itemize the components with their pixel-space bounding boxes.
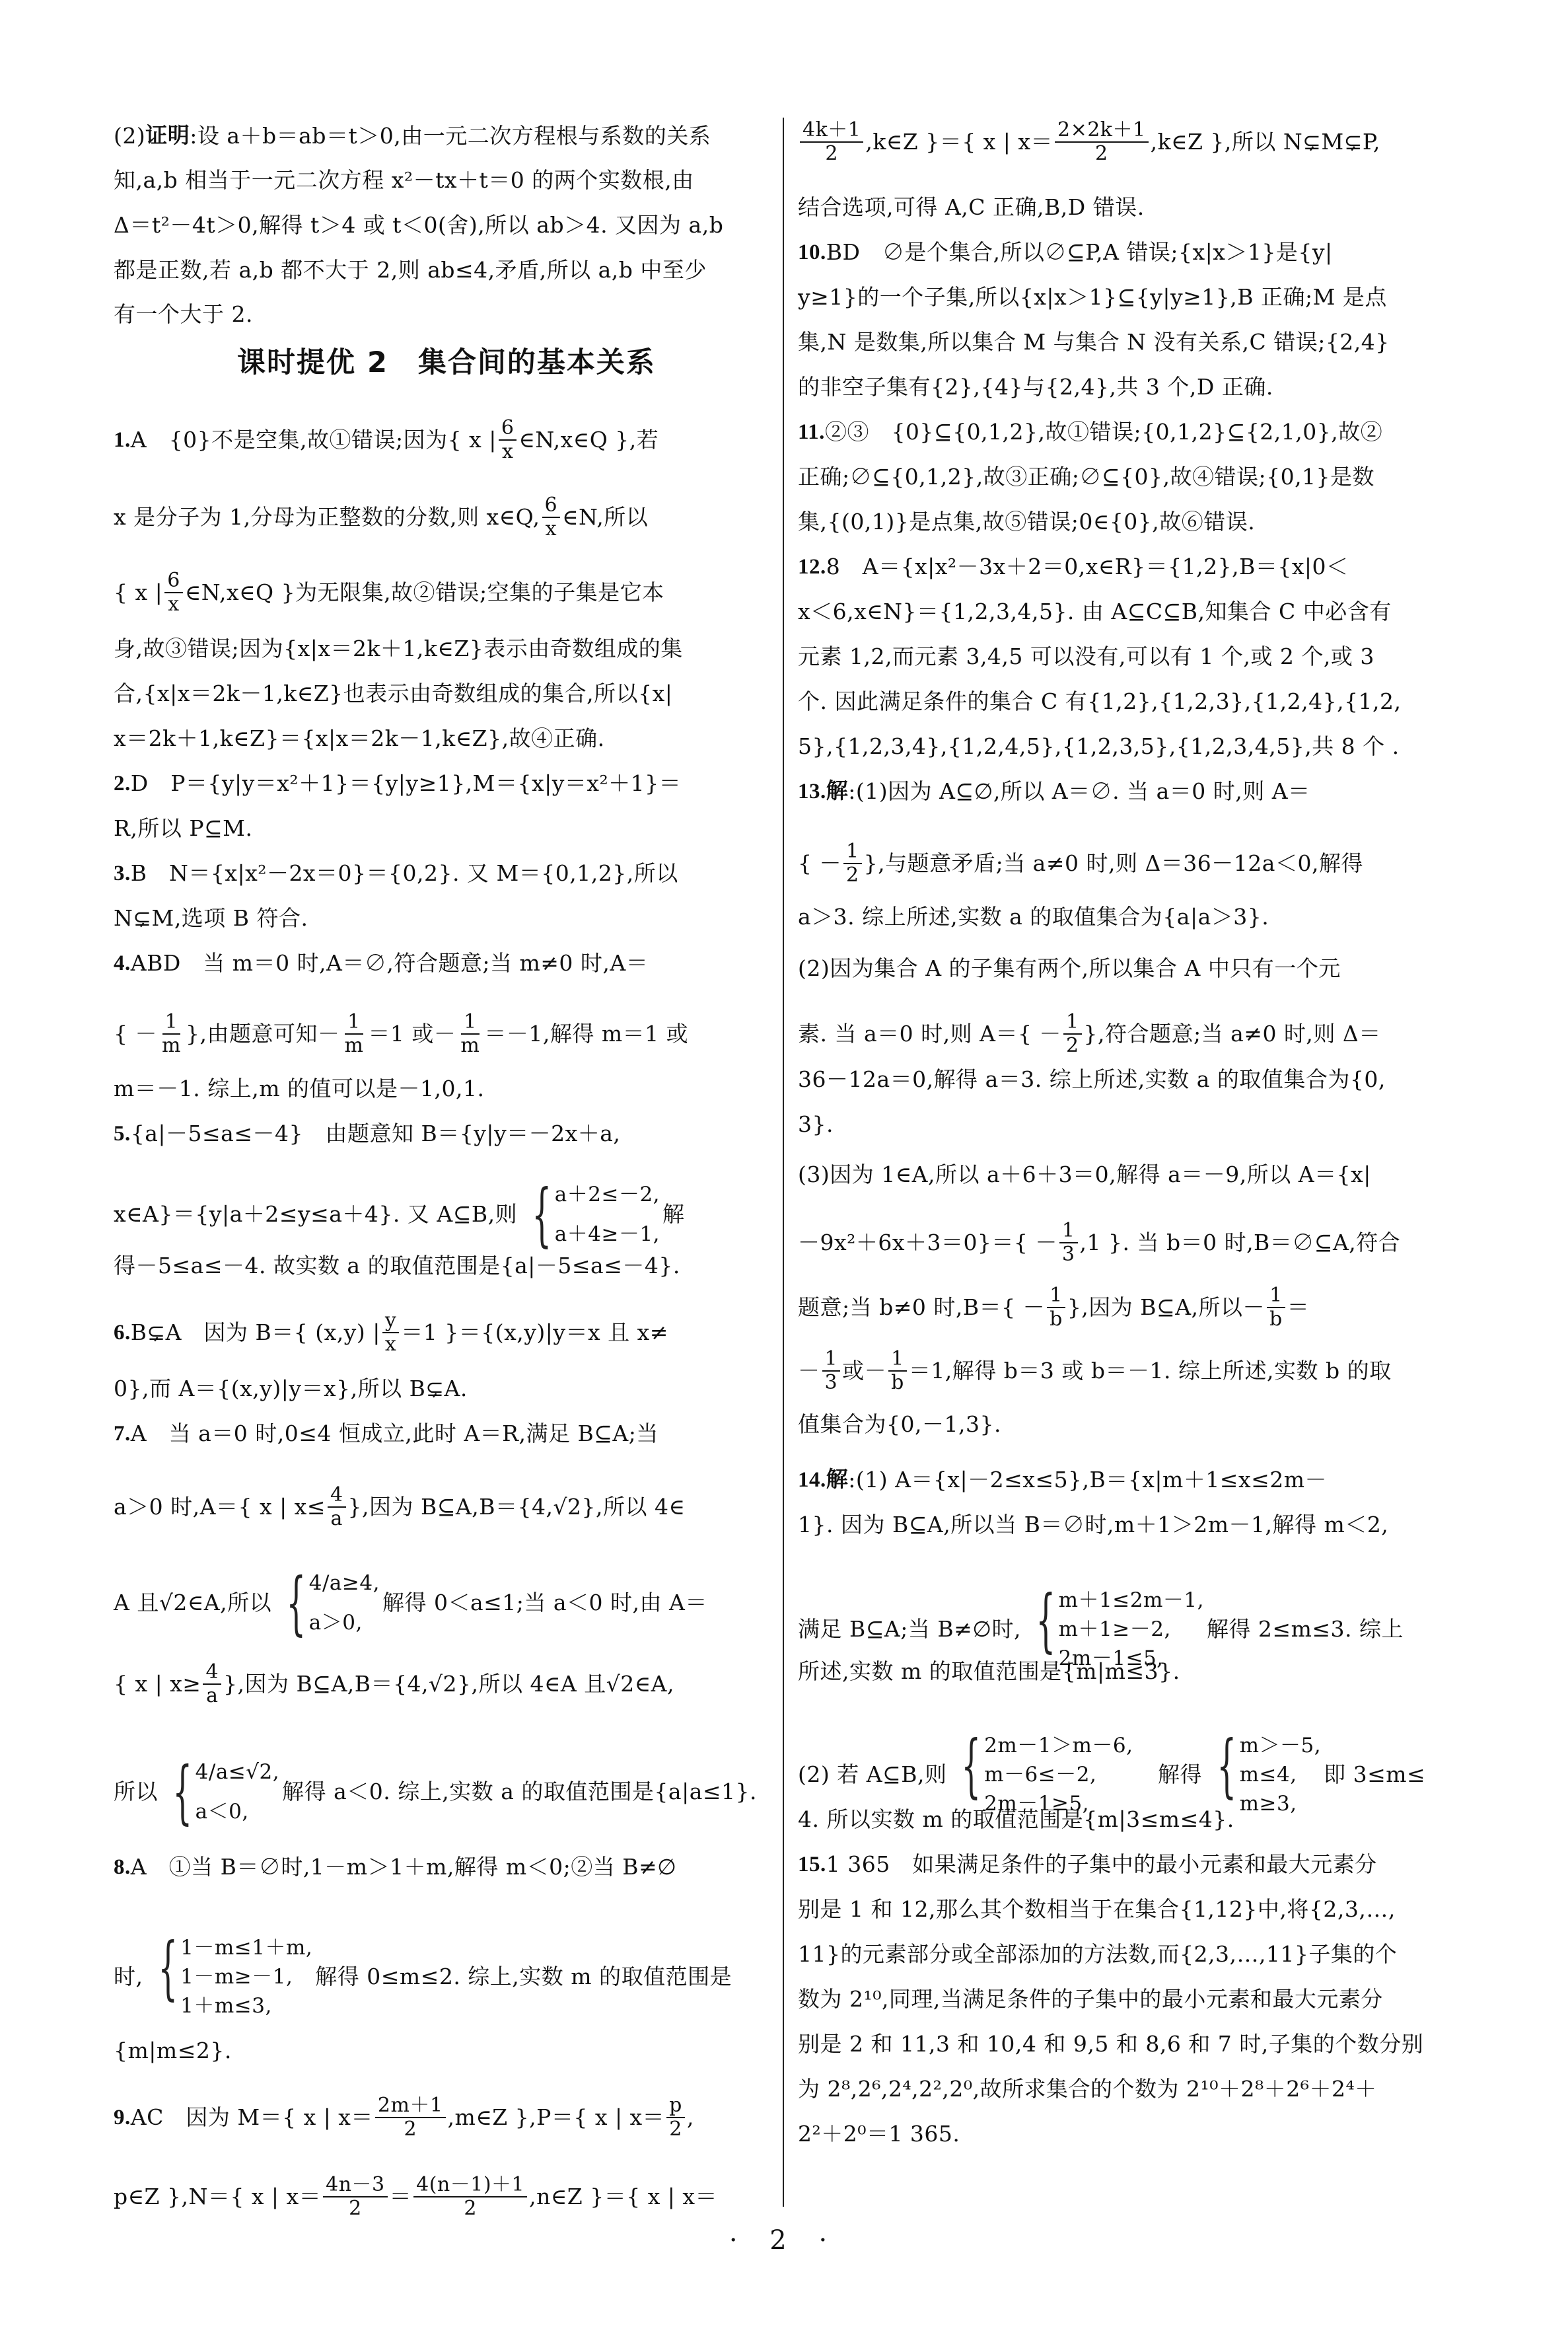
text-run: ②③ {0}⊆{0,1,2},故①错误;{0,1,2}⊆{2,1,0},故② — [825, 419, 1382, 445]
text-run: (2)因为集合 A 的子集有两个,所以集合 A 中只有一个元 — [798, 955, 1341, 982]
text-line: x∈A}＝{y|a＋2≤y≤a＋4}. 又 A⊆B,则{a＋2≤－2,a＋4≥－… — [114, 1180, 779, 1249]
text-run: p∈Z },N＝{ x | x＝ — [114, 2184, 321, 2210]
fraction: 1b — [1047, 1284, 1065, 1331]
text-run: :(1)因为 A⊆∅,所以 A＝∅. 当 a＝0 时,则 A＝ — [848, 778, 1310, 805]
text-line: 素. 当 a＝0 时,则 A＝{ －12 },符合题意;当 a≠0 时,则 Δ＝ — [798, 1011, 1465, 1057]
text-run: },与题意矛盾;当 a≠0 时,则 Δ＝36－12a＜0,解得 — [864, 850, 1363, 877]
text-line: y≥1}的一个子集,所以{x|x＞1}⊆{y|y≥1},B 正确;M 是点 — [798, 284, 1465, 311]
system-row: m＋1≥－2, — [1059, 1615, 1204, 1644]
text-run: 8 A＝{x|x²－3x＋2＝0,x∈R}＝{1,2},B＝{x|0＜ — [826, 554, 1349, 580]
text-run: ,1 }. 当 b＝0 时,B＝∅⊆A,符合 — [1080, 1230, 1401, 1256]
fraction-denominator: 2 — [346, 2197, 365, 2220]
question-number: 13. — [798, 778, 826, 805]
text-line: 集,N 是数集,所以集合 M 与集合 N 没有关系,C 错误;{2,4} — [798, 329, 1465, 355]
left-brace-icon: { — [172, 1757, 192, 1826]
text-line: 4k＋12,k∈Z }＝{ x | x＝2×2k＋12,k∈Z },所以 N⊊M… — [798, 119, 1465, 165]
text-line: N⊊M,选项 B 符合. — [114, 905, 779, 932]
text-line: 得－5≤a≤－4. 故实数 a 的取值范围是{a|－5≤a≤－4}. — [114, 1253, 779, 1279]
fraction-numerator: 1 — [345, 1011, 363, 1035]
text-line: { x | 6x∈N,x∈Q }为无限集,故②错误;空集的子集是它本 — [114, 570, 779, 616]
fraction-denominator: 2 — [461, 2197, 480, 2220]
text-run: a＞0 时,A＝{ x | x≤ — [114, 1494, 326, 1520]
system-rows: m＞－5,m≤4,m≥3, — [1240, 1731, 1321, 1818]
system-row: 4/a≤√2, — [196, 1757, 279, 1787]
text-line: 15. 1 365 如果满足条件的子集中的最小元素和最大元素分 — [798, 1851, 1465, 1878]
text-run: 结合选项,可得 A,C 正确,B,D 错误. — [798, 194, 1145, 221]
fraction-numerator: 6 — [542, 494, 561, 518]
text-run: ,k∈Z }＝{ x | x＝ — [865, 129, 1053, 155]
fraction-denominator: m — [341, 1035, 366, 1057]
text-line: 身,故③错误;因为{x|x＝2k＋1,k∈Z}表示由奇数组成的集 — [114, 636, 779, 662]
question-number: 3. — [114, 860, 131, 887]
text-run: 解得 — [1135, 1761, 1202, 1788]
equation-system: {m＞－5,m≤4,m≥3, — [1205, 1731, 1321, 1818]
text-run: 素. 当 a＝0 时,则 A＝{ － — [798, 1021, 1061, 1047]
page-number: · 2 · — [0, 2225, 1568, 2256]
text-line: 值集合为{0,－1,3}. — [798, 1411, 1465, 1438]
bold-label: 证明 — [145, 123, 190, 149]
fraction-numerator: 6 — [499, 417, 517, 441]
fraction: 1m — [341, 1011, 366, 1057]
text-run: A 且√2∈A,所以 — [114, 1590, 271, 1616]
text-line: (2)因为集合 A 的子集有两个,所以集合 A 中只有一个元 — [798, 955, 1465, 982]
text-line: 1. A {0}不是空集,故①错误;因为{ x | 6x∈N,x∈Q },若 — [114, 417, 779, 463]
left-brace-icon: { — [1217, 1731, 1236, 1818]
text-line: 11}的元素部分或全部添加的方法数,而{2,3,…,11}子集的个 — [798, 1941, 1465, 1968]
fraction-denominator: b — [1047, 1308, 1065, 1331]
fraction-denominator: x — [499, 441, 516, 463]
fraction-denominator: 2 — [843, 864, 862, 887]
text-line: p∈Z },N＝{ x | x＝4n－32＝4(n－1)＋12,n∈Z }＝{ … — [114, 2174, 779, 2220]
system-rows: 1－m≤1＋m,1－m≥－1,1＋m≤3, — [180, 1933, 312, 2020]
fraction-denominator: 2 — [1092, 143, 1111, 165]
fraction-denominator: m — [159, 1035, 184, 1057]
text-run: 2²＋2⁰＝1 365. — [798, 2121, 960, 2147]
fraction-denominator: x — [543, 518, 559, 540]
text-line: 别是 1 和 12,那么其个数相当于在集合{1,12}中,将{2,3,…, — [798, 1896, 1465, 1923]
equation-system: {4/a≥4,a＞0, — [274, 1568, 380, 1637]
text-run: 身,故③错误;因为{x|x＝2k＋1,k∈Z}表示由奇数组成的集 — [114, 636, 683, 662]
fraction: 4n－32 — [323, 2174, 388, 2220]
text-run: {a|－5≤a≤－4} 由题意知 B＝{y|y＝－2x＋a, — [131, 1121, 621, 1147]
text-run: { x | x≥ — [114, 1671, 201, 1697]
text-run: { － — [798, 850, 841, 877]
fraction-numerator: 1 — [1059, 1220, 1078, 1243]
text-run: (3)因为 1∈A,所以 a＋6＋3＝0,解得 a＝－9,所以 A＝{x| — [798, 1162, 1371, 1188]
system-row: a＋2≤－2, — [555, 1180, 660, 1209]
text-run: ∈N,x∈Q }为无限集,故②错误;空集的子集是它本 — [185, 579, 664, 606]
fraction-denominator: 2 — [822, 143, 841, 165]
question-number: 1. — [114, 427, 131, 453]
text-line: A 且√2∈A,所以{4/a≥4,a＞0,解得 0＜a≤1;当 a＜0 时,由 … — [114, 1568, 779, 1637]
text-run: 值集合为{0,－1,3}. — [798, 1411, 1001, 1438]
text-run: ,m∈Z },P＝{ x | x＝ — [448, 2104, 665, 2131]
fraction: p2 — [666, 2094, 685, 2141]
text-line: x 是分子为 1,分母为正整数的分数,则 x∈Q,6x∈N,所以 — [114, 494, 779, 540]
question-number: 5. — [114, 1121, 131, 1147]
system-row: a＜0, — [196, 1797, 279, 1826]
fraction-numerator: 2m＋1 — [375, 2094, 446, 2118]
text-run: (2) 若 A⊆B,则 — [798, 1761, 946, 1788]
system-rows: 2m－1＞m－6,m－6≤－2,2m－1≥5, — [984, 1731, 1133, 1818]
text-line: 合,{x|x＝2k－1,k∈Z}也表示由奇数组成的集合,所以{x| — [114, 681, 779, 707]
text-run: {m|m≤2}. — [114, 2038, 232, 2064]
fraction-denominator: a — [203, 1685, 221, 1707]
text-line: 集,{(0,1)}是点集,故⑤错误;0∈{0},故⑥错误. — [798, 509, 1465, 535]
text-run: 即 3≤m≤ — [1324, 1761, 1425, 1788]
text-line: a＞0 时,A＝{ x | x≤4a },因为 B⊆A,B＝{4,√2},所以 … — [114, 1484, 779, 1530]
text-line: { －1m },由题意可知－1m＝1 或－1m＝－1,解得 m＝1 或 — [114, 1011, 779, 1057]
equation-system: {1－m≤1＋m,1－m≥－1,1＋m≤3, — [146, 1933, 313, 2020]
fraction: 1m — [458, 1011, 482, 1057]
text-run: 时, — [114, 1964, 143, 1990]
text-run: ,k∈Z },所以 N⊊M⊊P, — [1151, 129, 1380, 155]
system-row: m＞－5, — [1240, 1731, 1321, 1760]
text-line: 都是正数,若 a,b 都不大于 2,则 ab≤4,矛盾,所以 a,b 中至少 — [114, 257, 779, 283]
text-run: 满足 B⊆A;当 B≠∅时, — [798, 1616, 1021, 1642]
text-line: 所述,实数 m 的取值范围是{m|m≤3}. — [798, 1658, 1465, 1685]
text-line: 4. 所以实数 m 的取值范围是{m|3≤m≤4}. — [798, 1806, 1465, 1833]
text-run: },由题意可知－ — [186, 1021, 340, 1047]
text-run: Δ＝t²－4t＞0,解得 t＞4 或 t＜0(舍),所以 ab＞4. 又因为 a… — [114, 212, 723, 239]
fraction: 12 — [843, 840, 862, 887]
text-run: :(1) A＝{x|－2≤x≤5},B＝{x|m＋1≤x≤2m－ — [848, 1467, 1327, 1493]
fraction-numerator: 4 — [203, 1661, 221, 1685]
text-run: 别是 2 和 11,3 和 10,4 和 9,5 和 8,6 和 7 时,子集的… — [798, 2031, 1423, 2057]
text-line: 6. B⊊A 因为 B＝{ (x,y) | yx＝1 }＝{(x,y)|y＝x … — [114, 1310, 779, 1356]
text-line: 36－12a＝0,解得 a＝3. 综上所述,实数 a 的取值集合为{0, — [798, 1066, 1465, 1093]
text-line: x＜6,x∈N}＝{1,2,3,4,5}. 由 A⊆C⊆B,知集合 C 中必含有 — [798, 599, 1465, 625]
text-run: 解得 a＜0. 综上,实数 a 的取值范围是{a|a≤1}. — [282, 1779, 757, 1805]
text-run: m＝－1. 综上,m 的值可以是－1,0,1. — [114, 1076, 485, 1102]
fraction-numerator: 4k＋1 — [800, 119, 863, 143]
fraction-numerator: 6 — [164, 570, 183, 593]
text-run: 为 2⁸,2⁶,2⁴,2²,2⁰,故所求集合的个数为 2¹⁰＋2⁸＋2⁶＋2⁴＋ — [798, 2076, 1377, 2102]
text-run: 解得 2≤m≤3. 综上 — [1207, 1616, 1404, 1642]
text-run: 3}. — [798, 1111, 834, 1138]
text-run: ∈N,x∈Q },若 — [518, 427, 659, 453]
text-run: },因为 B⊆A,B＝{4,√2},所以 4∈A 且√2∈A, — [223, 1671, 674, 1697]
text-run: 别是 1 和 12,那么其个数相当于在集合{1,12}中,将{2,3,…, — [798, 1896, 1396, 1923]
system-row: 1－m≤1＋m, — [180, 1933, 312, 1962]
text-run: A 当 a＝0 时,0≤4 恒成立,此时 A＝R,满足 B⊆A;当 — [131, 1421, 659, 1447]
text-line: 题意;当 b≠0 时,B＝{ －1b },因为 B⊆A,所以－1b＝ — [798, 1284, 1465, 1331]
text-line: 3. B N＝{x|x²－2x＝0}＝{0,2}. 又 M＝{0,1,2},所以 — [114, 860, 779, 887]
fraction-numerator: 4 — [328, 1484, 346, 1508]
question-number: 11. — [798, 419, 825, 445]
left-brace-icon: { — [286, 1568, 306, 1637]
system-row: a＞0, — [309, 1608, 380, 1637]
question-number: 12. — [798, 554, 826, 580]
text-run: R,所以 P⊆M. — [114, 815, 252, 842]
question-number: 14. — [798, 1467, 826, 1493]
text-line: {m|m≤2}. — [114, 2038, 779, 2064]
fraction-numerator: 1 — [162, 1011, 181, 1035]
text-line: (3)因为 1∈A,所以 a＋6＋3＝0,解得 a＝－9,所以 A＝{x| — [798, 1162, 1465, 1188]
text-run: 集,N 是数集,所以集合 M 与集合 N 没有关系,C 错误;{2,4} — [798, 329, 1390, 355]
fraction-numerator: 1 — [461, 1011, 480, 1035]
text-run: 5},{1,2,3,4},{1,2,4,5},{1,2,3,5},{1,2,3,… — [798, 733, 1400, 760]
text-line: 5},{1,2,3,4},{1,2,4,5},{1,2,3,5},{1,2,3,… — [798, 733, 1465, 760]
system-row: 2m－1＞m－6, — [984, 1731, 1133, 1760]
text-run: ＝－1,解得 m＝1 或 — [484, 1021, 688, 1047]
text-run: － — [798, 1358, 820, 1384]
fraction-denominator: a — [328, 1508, 345, 1530]
fraction: 1b — [1267, 1284, 1285, 1331]
fraction: 4(n－1)＋12 — [413, 2174, 527, 2220]
question-number: 9. — [114, 2104, 131, 2131]
fraction: 6x — [499, 417, 517, 463]
text-run: },符合题意;当 a≠0 时,则 Δ＝ — [1084, 1021, 1381, 1047]
text-run: ,n∈Z }＝{ x | x＝ — [529, 2184, 717, 2210]
text-run: N⊊M,选项 B 符合. — [114, 905, 308, 932]
text-line: 3}. — [798, 1111, 1465, 1138]
question-number: 15. — [798, 1851, 826, 1878]
text-run: 得－5≤a≤－4. 故实数 a 的取值范围是{a|－5≤a≤－4}. — [114, 1253, 680, 1279]
fraction-denominator: 2 — [401, 2118, 419, 2141]
text-run: 36－12a＝0,解得 a＝3. 综上所述,实数 a 的取值集合为{0, — [798, 1066, 1386, 1093]
text-run: 解得 0＜a≤1;当 a＜0 时,由 A＝ — [382, 1590, 707, 1616]
fraction-denominator: 3 — [1059, 1243, 1078, 1266]
system-row: 1＋m≤3, — [180, 1991, 312, 2020]
text-line: 时,{1－m≤1＋m,1－m≥－1,1＋m≤3,解得 0≤m≤2. 综上,实数 … — [114, 1933, 779, 2020]
fraction-numerator: 1 — [1267, 1284, 1285, 1308]
answer-key-page: (2)证明:设 a＋b＝ab＝t＞0,由一元二次方程根与系数的关系知,a,b 相… — [0, 0, 1568, 2325]
question-number: 6. — [114, 1319, 131, 1346]
text-run: 个. 因此满足条件的集合 C 有{1,2},{1,2,3},{1,2,4},{1… — [798, 688, 1402, 715]
fraction-numerator: 1 — [843, 840, 862, 864]
text-run: { x | — [114, 579, 162, 606]
text-run: 题意;当 b≠0 时,B＝{ － — [798, 1294, 1045, 1321]
fraction: 6x — [542, 494, 561, 540]
fraction-numerator: 1 — [1063, 1011, 1082, 1035]
text-line: 正确;∅⊆{0,1,2},故③正确;∅⊆{0},故④错误;{0,1}是数 — [798, 464, 1465, 490]
text-run: B N＝{x|x²－2x＝0}＝{0,2}. 又 M＝{0,1,2},所以 — [131, 860, 678, 887]
system-row: m＋1≤2m－1, — [1059, 1586, 1204, 1615]
text-line: 数为 2¹⁰,同理,当满足条件的子集中的最小元素和最大元素分 — [798, 1986, 1465, 2012]
text-line: 12. 8 A＝{x|x²－3x＋2＝0,x∈R}＝{1,2},B＝{x|0＜ — [798, 554, 1465, 580]
text-line: 元素 1,2,而元素 3,4,5 可以没有,可以有 1 个,或 2 个,或 3 — [798, 644, 1465, 670]
text-line: 5. {a|－5≤a≤－4} 由题意知 B＝{y|y＝－2x＋a, — [114, 1121, 779, 1147]
fraction-numerator: 1 — [822, 1348, 841, 1372]
text-run: 集,{(0,1)}是点集,故⑤错误;0∈{0},故⑥错误. — [798, 509, 1255, 535]
text-run: B⊊A 因为 B＝{ (x,y) | — [131, 1319, 380, 1346]
text-run: A ①当 B＝∅时,1－m＞1＋m,解得 m＜0;②当 B≠∅ — [131, 1854, 677, 1880]
system-row: m≤4, — [1240, 1760, 1321, 1789]
text-run: BD ∅是个集合,所以∅⊆P,A 错误;{x|x＞1}是{y| — [826, 239, 1333, 266]
fraction: 13 — [1059, 1220, 1078, 1266]
fraction-numerator: p — [666, 2094, 685, 2118]
text-run: , — [687, 2104, 694, 2131]
text-run: ＝1 }＝{(x,y)|y＝x 且 x≠ — [401, 1319, 668, 1346]
text-run: 0},而 A＝{(x,y)|y＝x},所以 B⊊A. — [114, 1376, 468, 1402]
question-number: 4. — [114, 950, 131, 977]
text-run: 数为 2¹⁰,同理,当满足条件的子集中的最小元素和最大元素分 — [798, 1986, 1383, 2012]
text-run: x＝2k＋1,k∈Z}＝{x|x＝2k－1,k∈Z},故④正确. — [114, 725, 605, 752]
fraction: 1m — [159, 1011, 184, 1057]
fraction: yx — [382, 1310, 399, 1356]
text-run: ＝ — [1287, 1294, 1310, 1321]
text-line: 1}. 因为 B⊆A,所以当 B＝∅时,m＋1＞2m－1,解得 m＜2, — [798, 1512, 1465, 1538]
fraction: 4a — [203, 1661, 221, 1707]
text-run: 或－ — [842, 1358, 886, 1384]
text-run: 的非空子集有{2},{4}与{2,4},共 3 个,D 正确. — [798, 374, 1273, 400]
left-brace-icon: { — [158, 1933, 178, 2020]
text-line: (2)证明:设 a＋b＝ab＝t＞0,由一元二次方程根与系数的关系 — [114, 123, 779, 149]
text-line: 结合选项,可得 A,C 正确,B,D 错误. — [798, 194, 1465, 221]
text-line: 的非空子集有{2},{4}与{2,4},共 3 个,D 正确. — [798, 374, 1465, 400]
text-line: 2²＋2⁰＝1 365. — [798, 2121, 1465, 2147]
text-run: ABD 当 m＝0 时,A＝∅,符合题意;当 m≠0 时,A＝ — [131, 950, 648, 977]
equation-system: {4/a≤√2,a＜0, — [160, 1757, 279, 1826]
text-line: 9. AC 因为 M＝{ x | x＝2m＋12,m∈Z },P＝{ x | x… — [114, 2094, 779, 2141]
text-run: (2) — [114, 123, 145, 149]
left-brace-icon: { — [962, 1731, 981, 1818]
text-run: D P＝{y|y＝x²＋1}＝{y|y≥1},M＝{x|y＝x²＋1}＝ — [131, 770, 681, 797]
fraction: 1b — [888, 1348, 907, 1394]
text-run: 正确;∅⊆{0,1,2},故③正确;∅⊆{0},故④错误;{0,1}是数 — [798, 464, 1374, 490]
text-run: :设 a＋b＝ab＝t＞0,由一元二次方程根与系数的关系 — [190, 123, 711, 149]
text-line: m＝－1. 综上,m 的值可以是－1,0,1. — [114, 1076, 779, 1102]
text-line: 7. A 当 a＝0 时,0≤4 恒成立,此时 A＝R,满足 B⊆A;当 — [114, 1421, 779, 1447]
text-run: 解 — [662, 1201, 685, 1228]
text-line: 14. 解:(1) A＝{x|－2≤x≤5},B＝{x|m＋1≤x≤2m－ — [798, 1467, 1465, 1493]
text-run: x∈A}＝{y|a＋2≤y≤a＋4}. 又 A⊆B,则 — [114, 1201, 517, 1228]
text-line: 所以{4/a≤√2,a＜0,解得 a＜0. 综上,实数 a 的取值范围是{a|a… — [114, 1757, 779, 1826]
system-rows: 4/a≤√2,a＜0, — [196, 1757, 279, 1826]
text-run: 11}的元素部分或全部添加的方法数,而{2,3,…,11}子集的个 — [798, 1941, 1397, 1968]
text-line: 有一个大于 2. — [114, 301, 779, 328]
text-line: 11. ②③ {0}⊆{0,1,2},故①错误;{0,1,2}⊆{2,1,0},… — [798, 419, 1465, 445]
fraction-numerator: 4(n－1)＋1 — [413, 2174, 527, 2197]
text-run: ＝ — [390, 2184, 412, 2210]
system-row: a＋4≥－1, — [555, 1220, 660, 1249]
text-run: x 是分子为 1,分母为正整数的分数,则 x∈Q, — [114, 504, 540, 531]
left-brace-icon: { — [532, 1180, 552, 1249]
text-line: 8. A ①当 B＝∅时,1－m＞1＋m,解得 m＜0;②当 B≠∅ — [114, 1854, 779, 1880]
equation-system: {a＋2≤－2,a＋4≥－1, — [520, 1180, 660, 1249]
text-run: 解得 0≤m≤2. 综上,实数 m 的取值范围是 — [315, 1964, 732, 1990]
text-line: 13. 解:(1)因为 A⊆∅,所以 A＝∅. 当 a＝0 时,则 A＝ — [798, 778, 1465, 805]
text-line: －9x²＋6x＋3＝0}＝{ －13,1 }. 当 b＝0 时,B＝∅⊆A,符合 — [798, 1220, 1465, 1266]
text-line: a＞3. 综上所述,实数 a 的取值集合为{a|a＞3}. — [798, 904, 1465, 930]
text-run: 合,{x|x＝2k－1,k∈Z}也表示由奇数组成的集合,所以{x| — [114, 681, 672, 707]
fraction-denominator: b — [888, 1372, 907, 1394]
text-line: 别是 2 和 11,3 和 10,4 和 9,5 和 8,6 和 7 时,子集的… — [798, 2031, 1465, 2057]
fraction: 12 — [1063, 1011, 1082, 1057]
equation-system: {2m－1＞m－6,m－6≤－2,2m－1≥5, — [949, 1731, 1133, 1818]
fraction-denominator: x — [382, 1333, 399, 1356]
fraction: 13 — [822, 1348, 841, 1394]
text-line: { x | x≥4a },因为 B⊆A,B＝{4,√2},所以 4∈A 且√2∈… — [114, 1661, 779, 1707]
system-row: 4/a≥4, — [309, 1568, 380, 1598]
text-line: 为 2⁸,2⁶,2⁴,2²,2⁰,故所求集合的个数为 2¹⁰＋2⁸＋2⁶＋2⁴＋ — [798, 2076, 1465, 2102]
text-run: y≥1}的一个子集,所以{x|x＞1}⊆{y|y≥1},B 正确;M 是点 — [798, 284, 1387, 311]
fraction-denominator: b — [1267, 1308, 1285, 1331]
fraction: 4k＋12 — [800, 119, 863, 165]
text-line: 10. BD ∅是个集合,所以∅⊆P,A 错误;{x|x＞1}是{y| — [798, 239, 1465, 266]
text-run: 有一个大于 2. — [114, 301, 253, 328]
fraction: 2×2k＋12 — [1055, 119, 1149, 165]
fraction-denominator: 3 — [822, 1372, 841, 1394]
text-run: 1 365 如果满足条件的子集中的最小元素和最大元素分 — [826, 1851, 1377, 1878]
fraction-denominator: x — [165, 593, 182, 616]
system-rows: a＋2≤－2,a＋4≥－1, — [555, 1180, 660, 1249]
text-line: －13或－1b＝1,解得 b＝3 或 b＝－1. 综上所述,实数 b 的取 — [798, 1348, 1465, 1394]
fraction-denominator: 2 — [1063, 1035, 1082, 1057]
text-line: x＝2k＋1,k∈Z}＝{x|x＝2k－1,k∈Z},故④正确. — [114, 725, 779, 752]
bold-label: 解 — [826, 1467, 849, 1493]
text-line: 知,a,b 相当于一元二次方程 x²－tx＋t＝0 的两个实数根,由 — [114, 167, 779, 194]
fraction-numerator: y — [382, 1310, 399, 1333]
text-run: 1}. 因为 B⊆A,所以当 B＝∅时,m＋1＞2m－1,解得 m＜2, — [798, 1512, 1388, 1538]
question-number: 8. — [114, 1854, 131, 1880]
text-run: a＞3. 综上所述,实数 a 的取值集合为{a|a＞3}. — [798, 904, 1269, 930]
text-run: 所述,实数 m 的取值范围是{m|m≤3}. — [798, 1658, 1180, 1685]
text-run: { － — [114, 1021, 157, 1047]
text-line: 0},而 A＝{(x,y)|y＝x},所以 B⊊A. — [114, 1376, 779, 1402]
system-rows: 4/a≥4,a＞0, — [309, 1568, 380, 1637]
text-line: 4. ABD 当 m＝0 时,A＝∅,符合题意;当 m≠0 时,A＝ — [114, 950, 779, 977]
text-run: 元素 1,2,而元素 3,4,5 可以没有,可以有 1 个,或 2 个,或 3 — [798, 644, 1374, 670]
column-divider — [783, 118, 784, 2207]
text-run: x＜6,x∈N}＝{1,2,3,4,5}. 由 A⊆C⊆B,知集合 C 中必含有 — [798, 599, 1392, 625]
text-line: 个. 因此满足条件的集合 C 有{1,2},{1,2,3},{1,2,4},{1… — [798, 688, 1465, 715]
text-line: 2. D P＝{y|y＝x²＋1}＝{y|y≥1},M＝{x|y＝x²＋1}＝ — [114, 770, 779, 797]
text-run: ＝1,解得 b＝3 或 b＝－1. 综上所述,实数 b 的取 — [909, 1358, 1392, 1384]
text-run: AC 因为 M＝{ x | x＝ — [131, 2104, 373, 2131]
fraction-numerator: 2×2k＋1 — [1055, 119, 1149, 143]
system-row: m－6≤－2, — [984, 1760, 1133, 1789]
fraction-denominator: m — [458, 1035, 482, 1057]
text-run: 所以 — [114, 1779, 158, 1805]
text-run: 都是正数,若 a,b 都不大于 2,则 ab≤4,矛盾,所以 a,b 中至少 — [114, 257, 707, 283]
text-run: 4. 所以实数 m 的取值范围是{m|3≤m≤4}. — [798, 1806, 1234, 1833]
text-run: },因为 B⊆A,所以－ — [1067, 1294, 1265, 1321]
question-number: 7. — [114, 1421, 131, 1447]
bold-label: 解 — [826, 778, 849, 805]
fraction-numerator: 1 — [888, 1348, 907, 1372]
fraction: 4a — [328, 1484, 346, 1530]
text-run: ∈N,所以 — [562, 504, 648, 531]
question-number: 2. — [114, 770, 131, 797]
text-run: A {0}不是空集,故①错误;因为{ x | — [131, 427, 497, 453]
system-row: 1－m≥－1, — [180, 1962, 312, 1991]
fraction-numerator: 4n－3 — [323, 2174, 388, 2197]
text-run: },因为 B⊆A,B＝{4,√2},所以 4∈ — [348, 1494, 686, 1520]
question-number: 10. — [798, 239, 826, 266]
text-run: －9x²＋6x＋3＝0}＝{ － — [798, 1230, 1057, 1256]
fraction: 2m＋12 — [375, 2094, 446, 2141]
section-heading: 课时提优 2 集合间的基本关系 — [114, 345, 779, 381]
text-run: ＝1 或－ — [368, 1021, 456, 1047]
text-line: R,所以 P⊆M. — [114, 815, 779, 842]
fraction-numerator: 1 — [1047, 1284, 1065, 1308]
fraction-denominator: 2 — [666, 2118, 685, 2141]
text-line: Δ＝t²－4t＞0,解得 t＞4 或 t＜0(舍),所以 ab＞4. 又因为 a… — [114, 212, 779, 239]
fraction: 6x — [164, 570, 183, 616]
text-line: { －12 },与题意矛盾;当 a≠0 时,则 Δ＝36－12a＜0,解得 — [798, 840, 1465, 887]
text-line: (2) 若 A⊆B,则{2m－1＞m－6,m－6≤－2,2m－1≥5, 解得{m… — [798, 1731, 1465, 1818]
text-run: 知,a,b 相当于一元二次方程 x²－tx＋t＝0 的两个实数根,由 — [114, 167, 694, 194]
